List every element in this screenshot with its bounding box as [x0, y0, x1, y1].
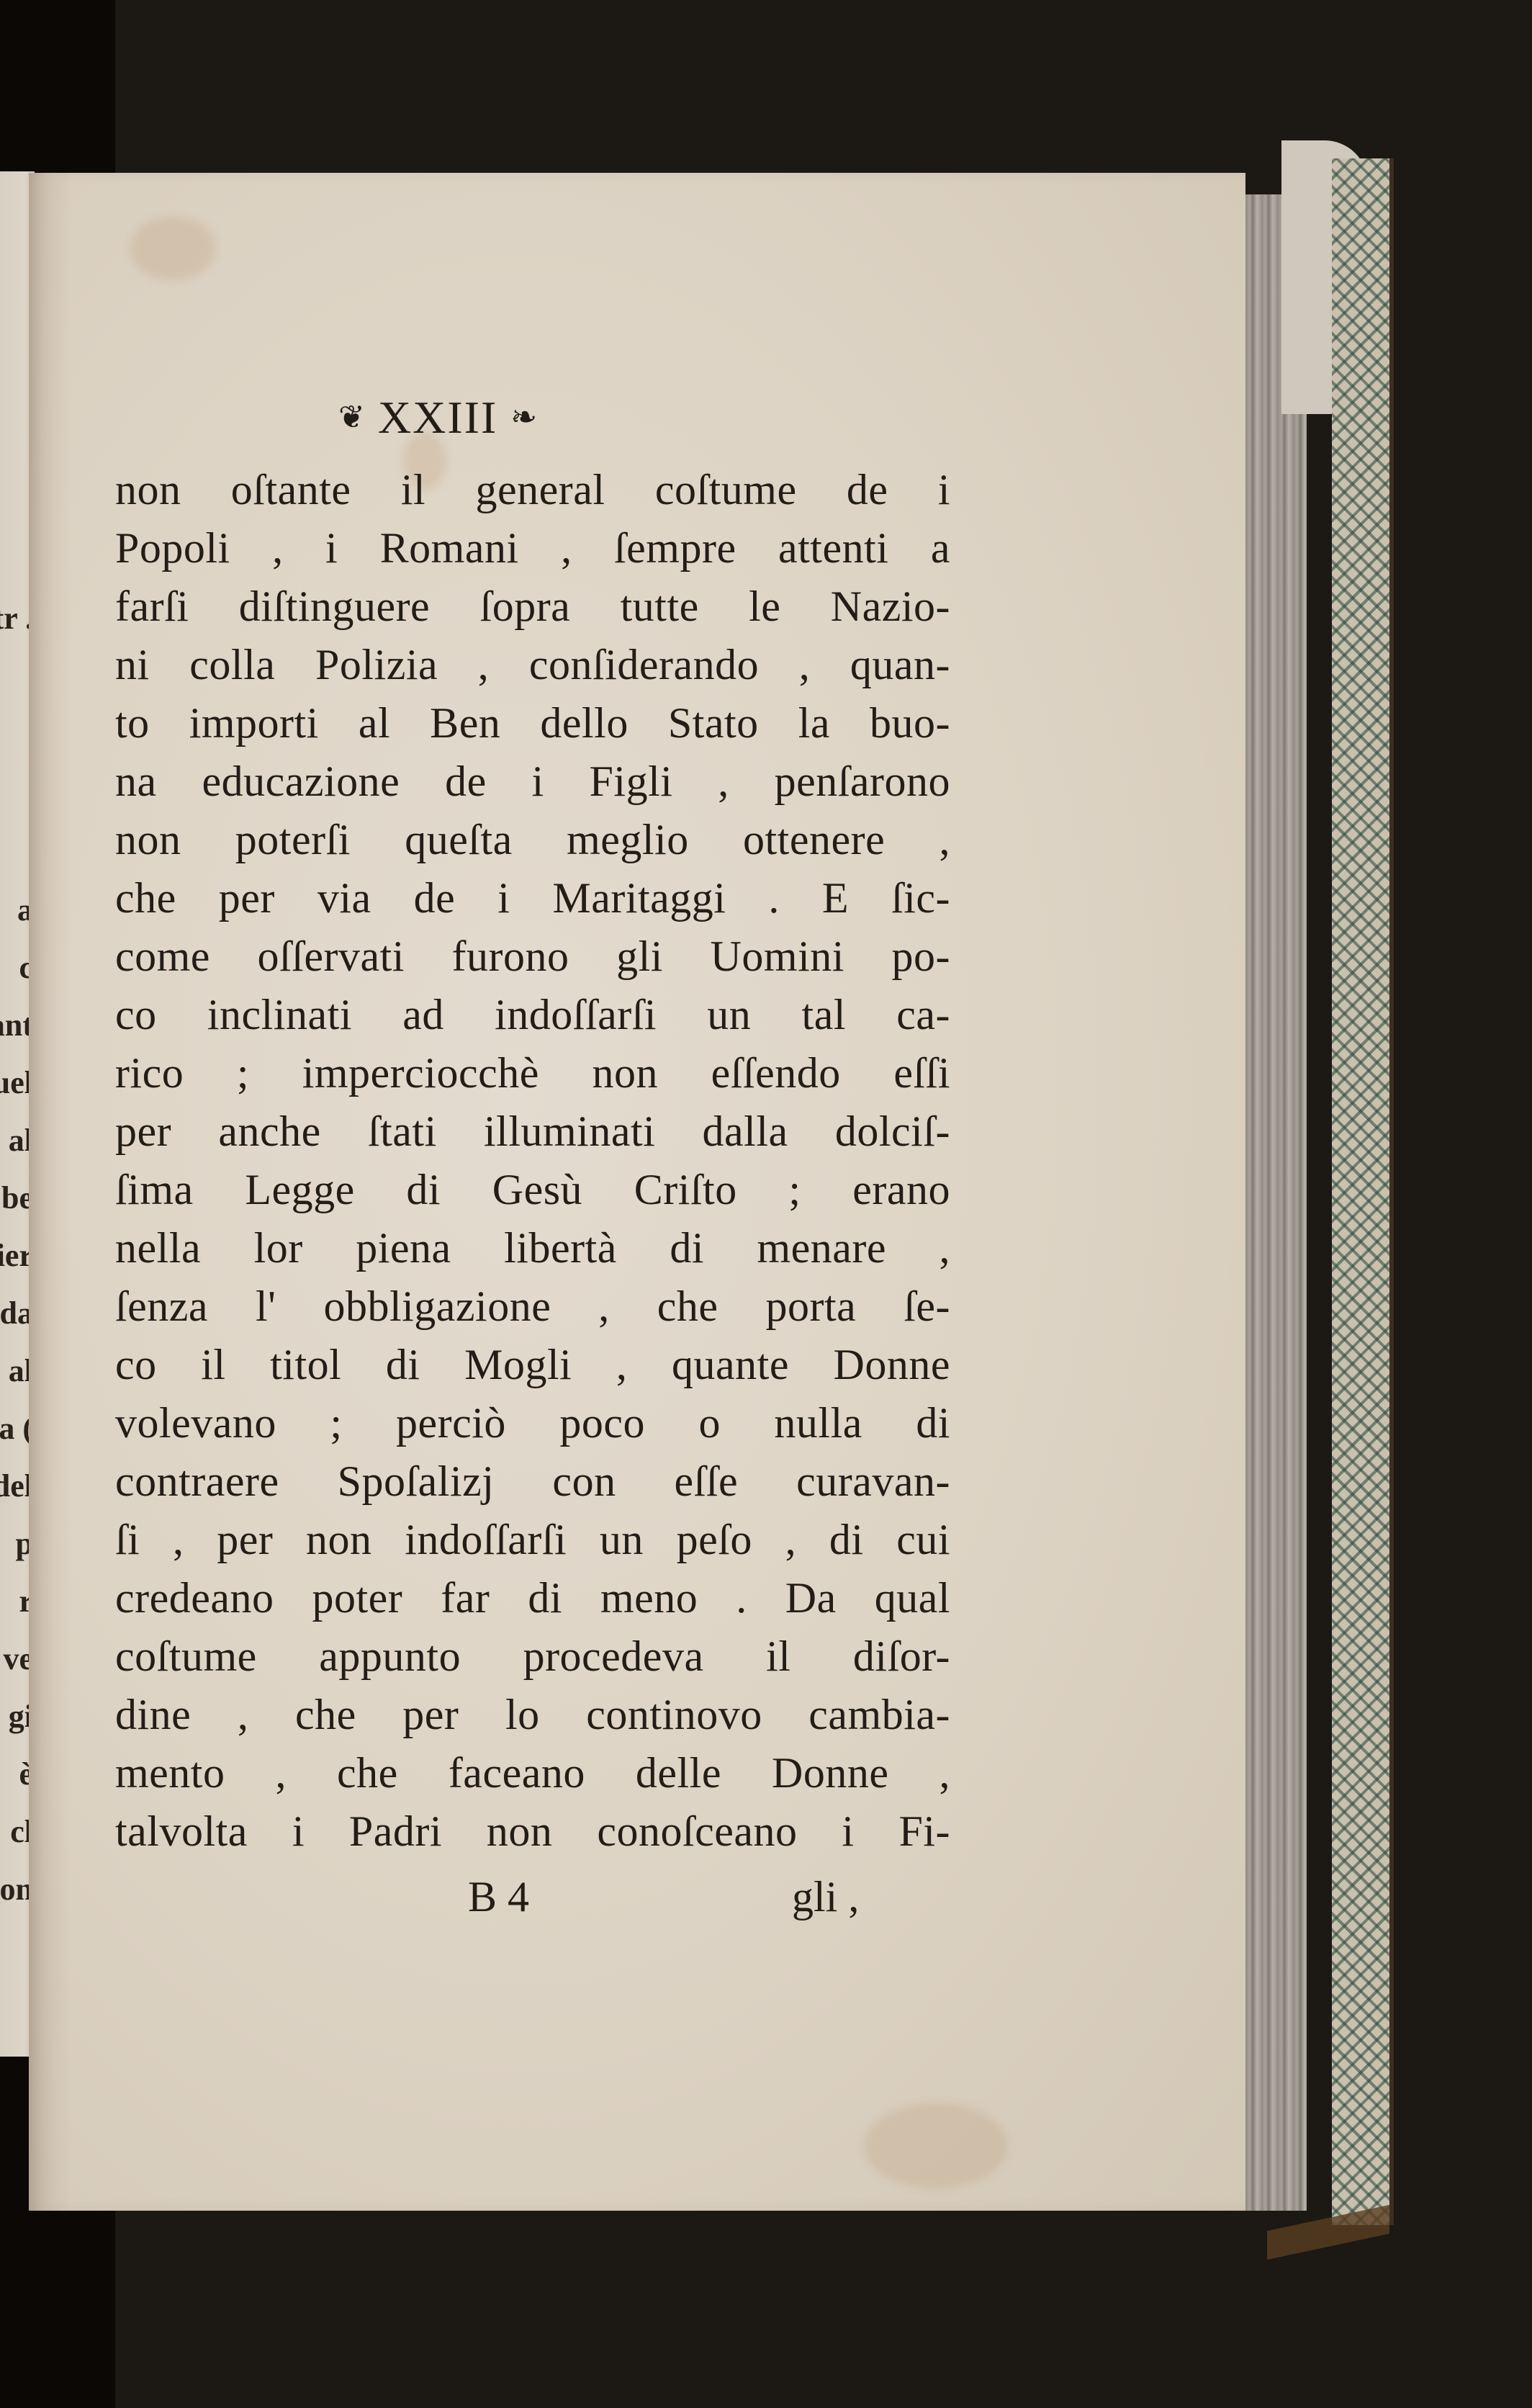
text-line: dine , che per lo continovo cambia-	[115, 1693, 950, 1736]
foxing-stain	[864, 2103, 1008, 2189]
text-line: non poterſi queſta meglio ottenere ,	[115, 818, 950, 861]
text-line: mento , che faceano delle Donne ,	[115, 1751, 950, 1794]
page-block-edges	[1245, 194, 1307, 2211]
page-numeral: XXIII	[378, 391, 497, 444]
text-line: che per via de i Maritaggi . E ſic-	[115, 876, 950, 920]
text-line: Popoli , i Romani , ſempre attenti a	[115, 526, 950, 570]
text-line: nella lor piena libertà di menare ,	[115, 1226, 950, 1270]
text-line: to importi al Ben dello Stato la buo-	[115, 701, 950, 745]
text-line: non oſtante il general coſtume de i	[115, 468, 950, 511]
text-line: rico ; imperciocchè non eſſendo eſſi	[115, 1051, 950, 1095]
signature-mark: B 4	[468, 1872, 529, 1922]
text-line: co inclinati ad indoſſarſi un tal ca-	[115, 993, 950, 1036]
page-footer: B 4 gli ,	[115, 1872, 950, 1930]
text-line: credeano poter far di meno . Da qual	[115, 1576, 950, 1619]
text-line: ſima Legge di Gesù Criſto ; erano	[115, 1168, 950, 1211]
text-line: ni colla Polizia , conſiderando , quan-	[115, 643, 950, 686]
fleuron-right-icon: ❧	[510, 402, 537, 433]
text-line: volevano ; perciò poco o nulla di	[115, 1401, 950, 1445]
text-line: talvolta i Padri non conoſceano i Fi-	[115, 1810, 950, 1853]
foxing-stain	[130, 216, 216, 281]
gutter-shadow	[29, 173, 72, 2211]
catchword: gli ,	[792, 1872, 859, 1922]
text-line: ſenza l' obbligazione , che porta ſe-	[115, 1285, 950, 1328]
patterned-binding	[1332, 158, 1394, 2225]
text-line: na educazione de i Figli , penſarono	[115, 760, 950, 803]
text-line: come oſſervati furono gli Uomini po-	[115, 935, 950, 978]
text-line: per anche ſtati illuminati dalla dolciſ-	[115, 1110, 950, 1153]
text-line: co il titol di Mogli , quante Donne	[115, 1343, 950, 1386]
text-line: coſtume appunto procedeva il diſor-	[115, 1635, 950, 1678]
fleuron-left-icon: ❦	[338, 402, 365, 433]
running-head: ❦ XXIII ❧	[338, 389, 537, 446]
text-line: contraere Spoſalizj con eſſe curavan-	[115, 1460, 950, 1503]
text-line: farſi diſtinguere ſopra tutte le Nazio-	[115, 585, 950, 628]
text-line: ſi , per non indoſſarſi un peſo , di cui	[115, 1518, 950, 1561]
